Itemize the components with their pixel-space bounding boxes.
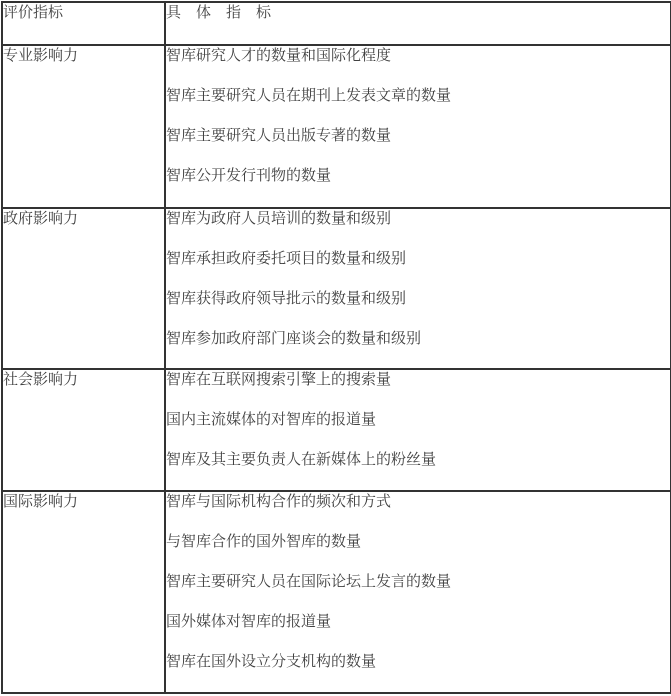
indicator-item: 国内主流媒体的对智库的报道量	[166, 410, 670, 450]
table-row-government-influence: 政府影响力 智库为政府人员培训的数量和级别 智库承担政府委托项目的数量和级别 智…	[2, 208, 671, 369]
indicator-item: 智库为政府人员培训的数量和级别	[166, 209, 670, 249]
indicator-item: 智库在国外设立分支机构的数量	[166, 652, 670, 670]
indicator-item: 智库承担政府委托项目的数量和级别	[166, 249, 670, 289]
column-header-specific-indicator: 具 体 指 标	[165, 2, 671, 45]
items-cell-social-influence: 智库在互联网搜索引擎上的搜索量 国内主流媒体的对智库的报道量 智库及其主要负责人…	[165, 369, 671, 491]
indicator-item: 智库研究人才的数量和国际化程度	[166, 46, 670, 86]
table-header-row: 评价指标 具 体 指 标	[2, 2, 671, 45]
table-row-professional-influence: 专业影响力 智库研究人才的数量和国际化程度 智库主要研究人员在期刊上发表文章的数…	[2, 45, 671, 208]
evaluation-indicator-table: 评价指标 具 体 指 标 专业影响力 智库研究人才的数量和国际化程度 智库主要研…	[1, 1, 671, 694]
items-cell-international-influence: 智库与国际机构合作的频次和方式 与智库合作的国外智库的数量 智库主要研究人员在国…	[165, 491, 671, 693]
category-cell-professional-influence: 专业影响力	[2, 45, 165, 208]
indicator-item: 智库获得政府领导批示的数量和级别	[166, 289, 670, 329]
indicator-item: 智库主要研究人员出版专著的数量	[166, 126, 670, 166]
indicator-item: 智库公开发行刊物的数量	[166, 166, 670, 184]
indicator-item: 智库在互联网搜索引擎上的搜索量	[166, 370, 670, 410]
indicator-item: 国外媒体对智库的报道量	[166, 612, 670, 652]
category-cell-international-influence: 国际影响力	[2, 491, 165, 693]
items-cell-professional-influence: 智库研究人才的数量和国际化程度 智库主要研究人员在期刊上发表文章的数量 智库主要…	[165, 45, 671, 208]
indicator-item: 与智库合作的国外智库的数量	[166, 532, 670, 572]
indicator-item: 智库主要研究人员在期刊上发表文章的数量	[166, 86, 670, 126]
column-header-evaluation-indicator: 评价指标	[2, 2, 165, 45]
indicator-item: 智库主要研究人员在国际论坛上发言的数量	[166, 572, 670, 612]
category-cell-government-influence: 政府影响力	[2, 208, 165, 369]
items-cell-government-influence: 智库为政府人员培训的数量和级别 智库承担政府委托项目的数量和级别 智库获得政府领…	[165, 208, 671, 369]
indicator-item: 智库与国际机构合作的频次和方式	[166, 492, 670, 532]
category-cell-social-influence: 社会影响力	[2, 369, 165, 491]
indicator-item: 智库参加政府部门座谈会的数量和级别	[166, 329, 670, 347]
indicator-item: 智库及其主要负责人在新媒体上的粉丝量	[166, 450, 670, 468]
table-row-international-influence: 国际影响力 智库与国际机构合作的频次和方式 与智库合作的国外智库的数量 智库主要…	[2, 491, 671, 693]
table-row-social-influence: 社会影响力 智库在互联网搜索引擎上的搜索量 国内主流媒体的对智库的报道量 智库及…	[2, 369, 671, 491]
